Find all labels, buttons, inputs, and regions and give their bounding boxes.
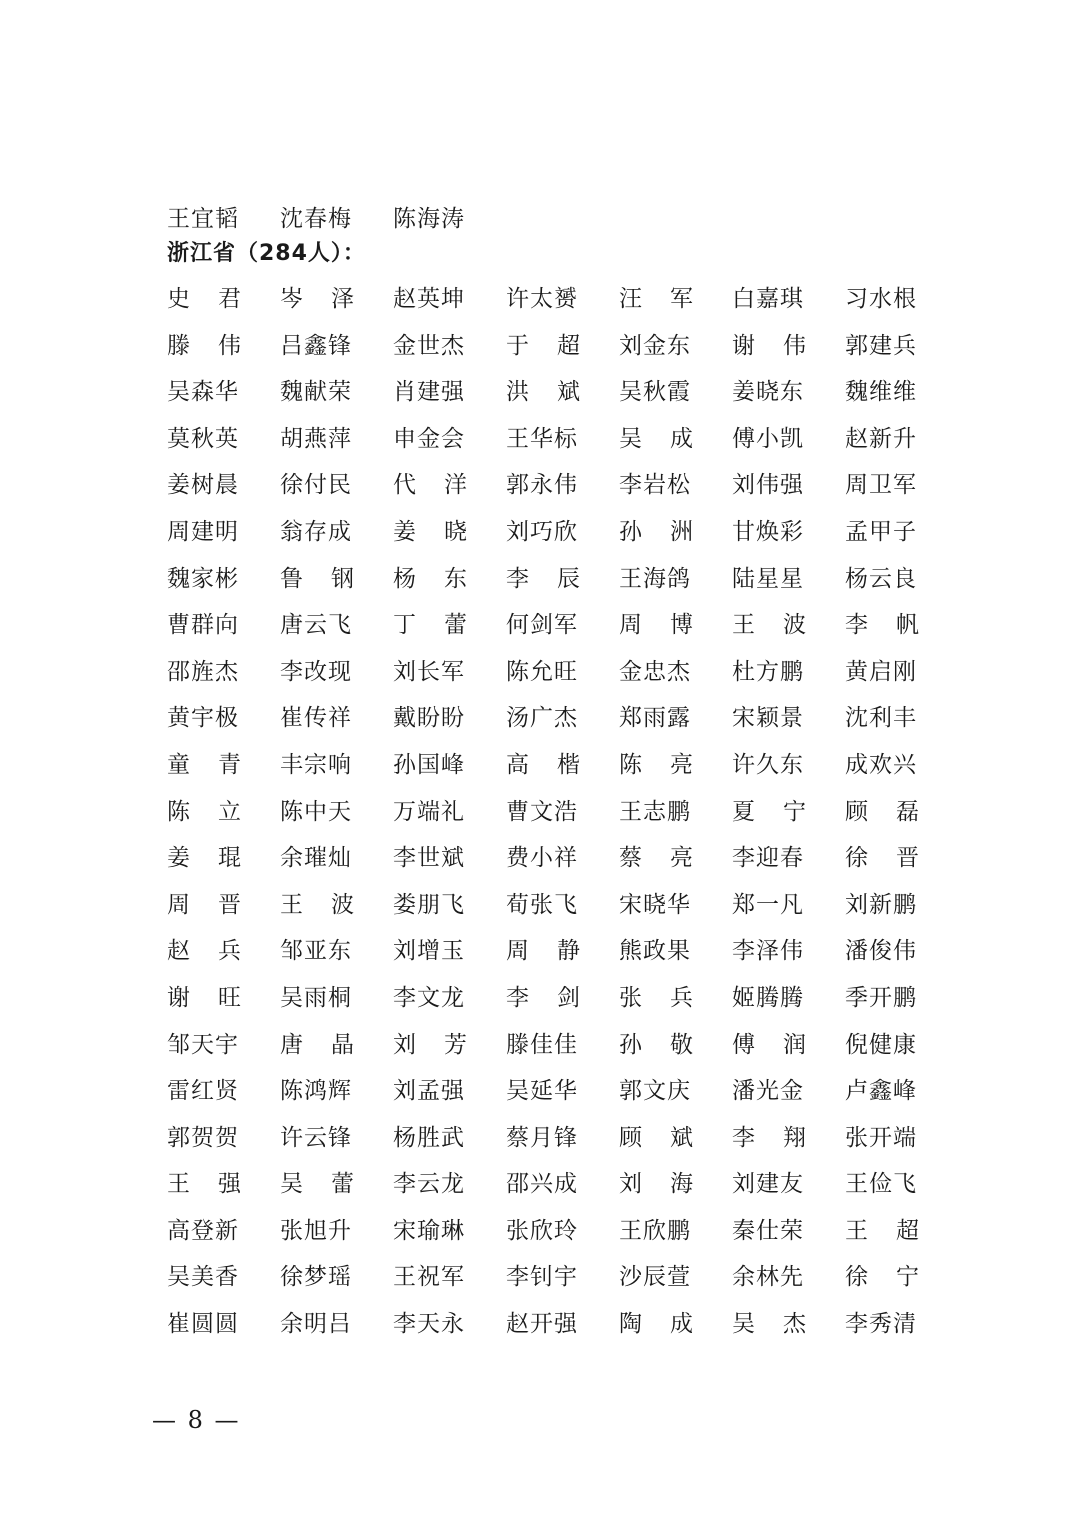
name-cell: 潘光金 (732, 1073, 806, 1120)
name-cell: 童青 (167, 747, 241, 794)
name-cell: 王志鹏 (619, 794, 693, 841)
name-cell: 许久东 (732, 747, 806, 794)
name-char: 洲 (670, 514, 693, 561)
name-char: 吴 (619, 421, 642, 468)
name-cell: 雷红贤 (167, 1073, 241, 1120)
name-cell: 谢旺 (167, 980, 241, 1027)
name-cell: 季开鹏 (845, 980, 919, 1027)
name-cell: 荀张飞 (506, 887, 580, 934)
name-cell: 魏家彬 (167, 561, 241, 608)
name-cell: 王波 (280, 887, 354, 934)
name-cell: 吴美香 (167, 1259, 241, 1306)
name-cell: 陶成 (619, 1306, 693, 1353)
name-cell: 甘焕彩 (732, 514, 806, 561)
name-cell: 王欣鹏 (619, 1213, 693, 1260)
name-cell: 宋颖景 (732, 700, 806, 747)
name-char: 洋 (444, 467, 467, 514)
name-cell: 孙敬 (619, 1027, 693, 1074)
name-char: 伟 (783, 328, 806, 375)
name-char: 李 (732, 1120, 755, 1167)
name-char: 唐 (280, 1027, 303, 1074)
name-cell: 王海鸽 (619, 561, 693, 608)
name-cell: 刘金东 (619, 328, 693, 375)
name-list-grid: 史君岑泽赵英坤许太赟汪军白嘉琪习水根滕伟吕鑫锋金世杰于超刘金东谢伟郭建兵吴森华魏… (167, 281, 958, 1353)
name-char: 傅 (732, 1027, 755, 1074)
name-cell: 陈亮 (619, 747, 693, 794)
name-char: 蔡 (619, 840, 642, 887)
name-cell: 周晋 (167, 887, 241, 934)
name-cell: 史君 (167, 281, 241, 328)
name-char: 芳 (444, 1027, 467, 1074)
name-cell: 郑雨露 (619, 700, 693, 747)
name-cell: 刘孟强 (393, 1073, 467, 1120)
name-char: 周 (167, 887, 190, 934)
name-cell: 金世杰 (393, 328, 467, 375)
section-heading-zhejiang: 浙江省（284人）： (167, 236, 366, 272)
name-char: 楷 (557, 747, 580, 794)
name-cell: 郭建兵 (845, 328, 919, 375)
name-char: 泽 (331, 281, 354, 328)
name-char: 洪 (506, 374, 529, 421)
name-cell: 陆星星 (732, 561, 806, 608)
name-cell: 姜琨 (167, 840, 241, 887)
name-cell: 洪斌 (506, 374, 580, 421)
name-cell: 李世斌 (393, 840, 467, 887)
name-cell: 丁蕾 (393, 607, 467, 654)
name-cell: 申金会 (393, 421, 467, 468)
name-cell: 杨云良 (845, 561, 919, 608)
name-cell: 汪军 (619, 281, 693, 328)
name-cell: 李改现 (280, 654, 354, 701)
name-cell: 刘芳 (393, 1027, 467, 1074)
name-cell: 曹群向 (167, 607, 241, 654)
name-cell: 魏献荣 (280, 374, 354, 421)
name-cell: 邹亚东 (280, 933, 354, 980)
name-cell: 沈利丰 (845, 700, 919, 747)
name-char: 姜 (393, 514, 416, 561)
name-cell: 吴秋霞 (619, 374, 693, 421)
name-cell: 李翔 (732, 1120, 806, 1167)
name-cell: 夏宁 (732, 794, 806, 841)
name-cell: 陈立 (167, 794, 241, 841)
name-cell: 高楷 (506, 747, 580, 794)
name-cell: 杜方鹏 (732, 654, 806, 701)
name-cell: 姜树晨 (167, 467, 241, 514)
name-cell: 周博 (619, 607, 693, 654)
name-cell: 徐梦瑶 (280, 1259, 354, 1306)
name-cell: 张欣玲 (506, 1213, 580, 1260)
name-cell: 周建明 (167, 514, 241, 561)
name-cell: 谢伟 (732, 328, 806, 375)
name-char: 磊 (896, 794, 919, 841)
name-cell: 吴延华 (506, 1073, 580, 1120)
name-cell: 吕鑫锋 (280, 328, 354, 375)
name-char: 周 (506, 933, 529, 980)
name-char: 剑 (557, 980, 580, 1027)
name-cell: 邵旌杰 (167, 654, 241, 701)
name-cell: 习水根 (845, 281, 919, 328)
document-page: 王宜韬 沈春梅 陈海涛 浙江省（284人）： 史君岑泽赵英坤许太赟汪军白嘉琪习水… (0, 0, 1080, 1527)
name-cell: 沙辰萱 (619, 1259, 693, 1306)
name-cell: 李天永 (393, 1306, 467, 1353)
name-cell: 倪健康 (845, 1027, 919, 1074)
name-cell: 熊政果 (619, 933, 693, 980)
name-cell: 王强 (167, 1166, 241, 1213)
name-cell: 陈允旺 (506, 654, 580, 701)
name-cell: 王超 (845, 1213, 919, 1260)
name-cell: 张兵 (619, 980, 693, 1027)
name-char: 琨 (218, 840, 241, 887)
name-cell: 高登新 (167, 1213, 241, 1260)
name-cell: 陈中天 (280, 794, 354, 841)
name-cell: 李钊宇 (506, 1259, 580, 1306)
person-name: 沈春梅 (280, 201, 393, 237)
name-cell: 滕伟 (167, 328, 241, 375)
name-cell: 赵兵 (167, 933, 241, 980)
name-char: 鲁 (280, 561, 303, 608)
name-cell: 李秀清 (845, 1306, 919, 1353)
name-cell: 刘巧欣 (506, 514, 580, 561)
name-cell: 吴成 (619, 421, 693, 468)
name-cell: 莫秋英 (167, 421, 241, 468)
name-cell: 黄宇极 (167, 700, 241, 747)
name-cell: 姜晓东 (732, 374, 806, 421)
name-cell: 刘长军 (393, 654, 467, 701)
name-char: 丁 (393, 607, 416, 654)
name-cell: 崔传祥 (280, 700, 354, 747)
name-cell: 王波 (732, 607, 806, 654)
name-char: 君 (218, 281, 241, 328)
name-cell: 胡燕萍 (280, 421, 354, 468)
name-cell: 余明吕 (280, 1306, 354, 1353)
name-cell: 刘海 (619, 1166, 693, 1213)
name-char: 滕 (167, 328, 190, 375)
name-char: 谢 (167, 980, 190, 1027)
page-number: — 8 — (152, 1402, 241, 1438)
name-char: 超 (557, 328, 580, 375)
name-cell: 刘新鹏 (845, 887, 919, 934)
name-cell: 崔圆圆 (167, 1306, 241, 1353)
name-cell: 丰宗响 (280, 747, 354, 794)
name-char: 敬 (670, 1027, 693, 1074)
continued-name-list: 王宜韬 沈春梅 陈海涛 (167, 201, 506, 237)
name-char: 李 (845, 607, 868, 654)
name-char: 王 (845, 1213, 868, 1260)
name-char: 宁 (896, 1259, 919, 1306)
name-char: 杰 (783, 1306, 806, 1353)
name-cell: 顾斌 (619, 1120, 693, 1167)
name-cell: 郭永伟 (506, 467, 580, 514)
name-cell: 孙洲 (619, 514, 693, 561)
name-cell: 赵新升 (845, 421, 919, 468)
name-cell: 杨胜武 (393, 1120, 467, 1167)
name-cell: 余林先 (732, 1259, 806, 1306)
name-cell: 宋瑜琳 (393, 1213, 467, 1260)
name-char: 顾 (845, 794, 868, 841)
name-char: 徐 (845, 840, 868, 887)
name-cell: 徐晋 (845, 840, 919, 887)
name-cell: 郭贺贺 (167, 1120, 241, 1167)
name-char: 刘 (619, 1166, 642, 1213)
name-char: 海 (670, 1166, 693, 1213)
name-char: 姜 (167, 840, 190, 887)
name-cell: 杨东 (393, 561, 467, 608)
name-cell: 赵英坤 (393, 281, 467, 328)
name-char: 李 (506, 980, 529, 1027)
name-cell: 傅润 (732, 1027, 806, 1074)
name-char: 成 (670, 1306, 693, 1353)
name-cell: 宋晓华 (619, 887, 693, 934)
name-char: 陶 (619, 1306, 642, 1353)
name-cell: 姜晓 (393, 514, 467, 561)
name-char: 王 (167, 1166, 190, 1213)
name-char: 晋 (896, 840, 919, 887)
name-cell: 许太赟 (506, 281, 580, 328)
name-char: 史 (167, 281, 190, 328)
name-char: 晓 (444, 514, 467, 561)
name-char: 孙 (619, 514, 642, 561)
name-char: 翔 (783, 1120, 806, 1167)
name-cell: 余璀灿 (280, 840, 354, 887)
name-cell: 邵兴成 (506, 1166, 580, 1213)
name-cell: 周静 (506, 933, 580, 980)
name-char: 宁 (783, 794, 806, 841)
name-char: 赵 (167, 933, 190, 980)
name-char: 晋 (218, 887, 241, 934)
name-cell: 郭文庆 (619, 1073, 693, 1120)
name-cell: 李云龙 (393, 1166, 467, 1213)
name-cell: 李文龙 (393, 980, 467, 1027)
name-cell: 蔡亮 (619, 840, 693, 887)
name-cell: 白嘉琪 (732, 281, 806, 328)
name-cell: 李帆 (845, 607, 919, 654)
name-cell: 傅小凯 (732, 421, 806, 468)
name-char: 谢 (732, 328, 755, 375)
name-cell: 曹文浩 (506, 794, 580, 841)
name-char: 杨 (393, 561, 416, 608)
name-char: 成 (670, 421, 693, 468)
name-char: 李 (506, 561, 529, 608)
name-cell: 李迎春 (732, 840, 806, 887)
name-cell: 魏维维 (845, 374, 919, 421)
name-char: 代 (393, 467, 416, 514)
name-char: 伟 (218, 328, 241, 375)
name-cell: 刘伟强 (732, 467, 806, 514)
name-char: 童 (167, 747, 190, 794)
name-cell: 吴森华 (167, 374, 241, 421)
name-cell: 成欢兴 (845, 747, 919, 794)
person-name: 王宜韬 (167, 201, 280, 237)
name-cell: 蔡月锋 (506, 1120, 580, 1167)
name-char: 静 (557, 933, 580, 980)
name-char: 博 (670, 607, 693, 654)
name-char: 蕾 (331, 1166, 354, 1213)
name-char: 立 (218, 794, 241, 841)
name-char: 夏 (732, 794, 755, 841)
name-char: 强 (218, 1166, 241, 1213)
name-char: 军 (670, 281, 693, 328)
name-cell: 肖建强 (393, 374, 467, 421)
name-cell: 李岩松 (619, 467, 693, 514)
name-char: 刘 (393, 1027, 416, 1074)
name-cell: 陈鸿辉 (280, 1073, 354, 1120)
name-cell: 孟甲子 (845, 514, 919, 561)
name-cell: 姬腾腾 (732, 980, 806, 1027)
name-cell: 李剑 (506, 980, 580, 1027)
name-cell: 邹天宇 (167, 1027, 241, 1074)
name-cell: 顾磊 (845, 794, 919, 841)
name-char: 亮 (670, 747, 693, 794)
name-char: 徐 (845, 1259, 868, 1306)
name-cell: 李泽伟 (732, 933, 806, 980)
name-char: 孙 (619, 1027, 642, 1074)
name-cell: 潘俊伟 (845, 933, 919, 980)
name-char: 钢 (331, 561, 354, 608)
name-char: 兵 (670, 980, 693, 1027)
name-char: 斌 (557, 374, 580, 421)
name-cell: 刘建友 (732, 1166, 806, 1213)
name-cell: 徐宁 (845, 1259, 919, 1306)
name-char: 顾 (619, 1120, 642, 1167)
name-char: 帆 (896, 607, 919, 654)
name-cell: 张旭升 (280, 1213, 354, 1260)
name-char: 润 (783, 1027, 806, 1074)
name-char: 超 (896, 1213, 919, 1260)
name-char: 王 (732, 607, 755, 654)
name-char: 东 (444, 561, 467, 608)
name-cell: 刘增玉 (393, 933, 467, 980)
name-cell: 费小祥 (506, 840, 580, 887)
name-cell: 代洋 (393, 467, 467, 514)
name-cell: 李辰 (506, 561, 580, 608)
name-cell: 卢鑫峰 (845, 1073, 919, 1120)
name-cell: 徐付民 (280, 467, 354, 514)
name-char: 青 (218, 747, 241, 794)
name-cell: 于超 (506, 328, 580, 375)
name-cell: 戴盼盼 (393, 700, 467, 747)
name-cell: 秦仕荣 (732, 1213, 806, 1260)
name-cell: 滕佳佳 (506, 1027, 580, 1074)
name-cell: 唐云飞 (280, 607, 354, 654)
name-char: 斌 (670, 1120, 693, 1167)
name-cell: 唐晶 (280, 1027, 354, 1074)
name-char: 波 (331, 887, 354, 934)
name-char: 辰 (557, 561, 580, 608)
name-char: 波 (783, 607, 806, 654)
name-char: 陈 (619, 747, 642, 794)
name-char: 张 (619, 980, 642, 1027)
name-cell: 吴雨桐 (280, 980, 354, 1027)
name-char: 于 (506, 328, 529, 375)
name-cell: 娄朋飞 (393, 887, 467, 934)
name-char: 亮 (670, 840, 693, 887)
name-cell: 周卫军 (845, 467, 919, 514)
name-char: 王 (280, 887, 303, 934)
name-char: 岑 (280, 281, 303, 328)
name-char: 周 (619, 607, 642, 654)
name-cell: 汤广杰 (506, 700, 580, 747)
name-char: 高 (506, 747, 529, 794)
name-cell: 岑泽 (280, 281, 354, 328)
name-cell: 翁存成 (280, 514, 354, 561)
person-name: 陈海涛 (393, 201, 506, 237)
name-cell: 吴杰 (732, 1306, 806, 1353)
name-char: 陈 (167, 794, 190, 841)
name-char: 兵 (218, 933, 241, 980)
name-cell: 鲁钢 (280, 561, 354, 608)
name-cell: 王祝军 (393, 1259, 467, 1306)
name-cell: 许云锋 (280, 1120, 354, 1167)
name-cell: 张开端 (845, 1120, 919, 1167)
name-char: 吴 (732, 1306, 755, 1353)
name-cell: 黄启刚 (845, 654, 919, 701)
name-char: 旺 (218, 980, 241, 1027)
name-cell: 郑一凡 (732, 887, 806, 934)
name-char: 吴 (280, 1166, 303, 1213)
name-char: 晶 (331, 1027, 354, 1074)
name-cell: 王俭飞 (845, 1166, 919, 1213)
name-cell: 孙国峰 (393, 747, 467, 794)
name-char: 汪 (619, 281, 642, 328)
name-cell: 何剑军 (506, 607, 580, 654)
name-cell: 万端礼 (393, 794, 467, 841)
name-char: 蕾 (444, 607, 467, 654)
name-cell: 赵开强 (506, 1306, 580, 1353)
name-cell: 金忠杰 (619, 654, 693, 701)
name-cell: 王华标 (506, 421, 580, 468)
name-cell: 吴蕾 (280, 1166, 354, 1213)
